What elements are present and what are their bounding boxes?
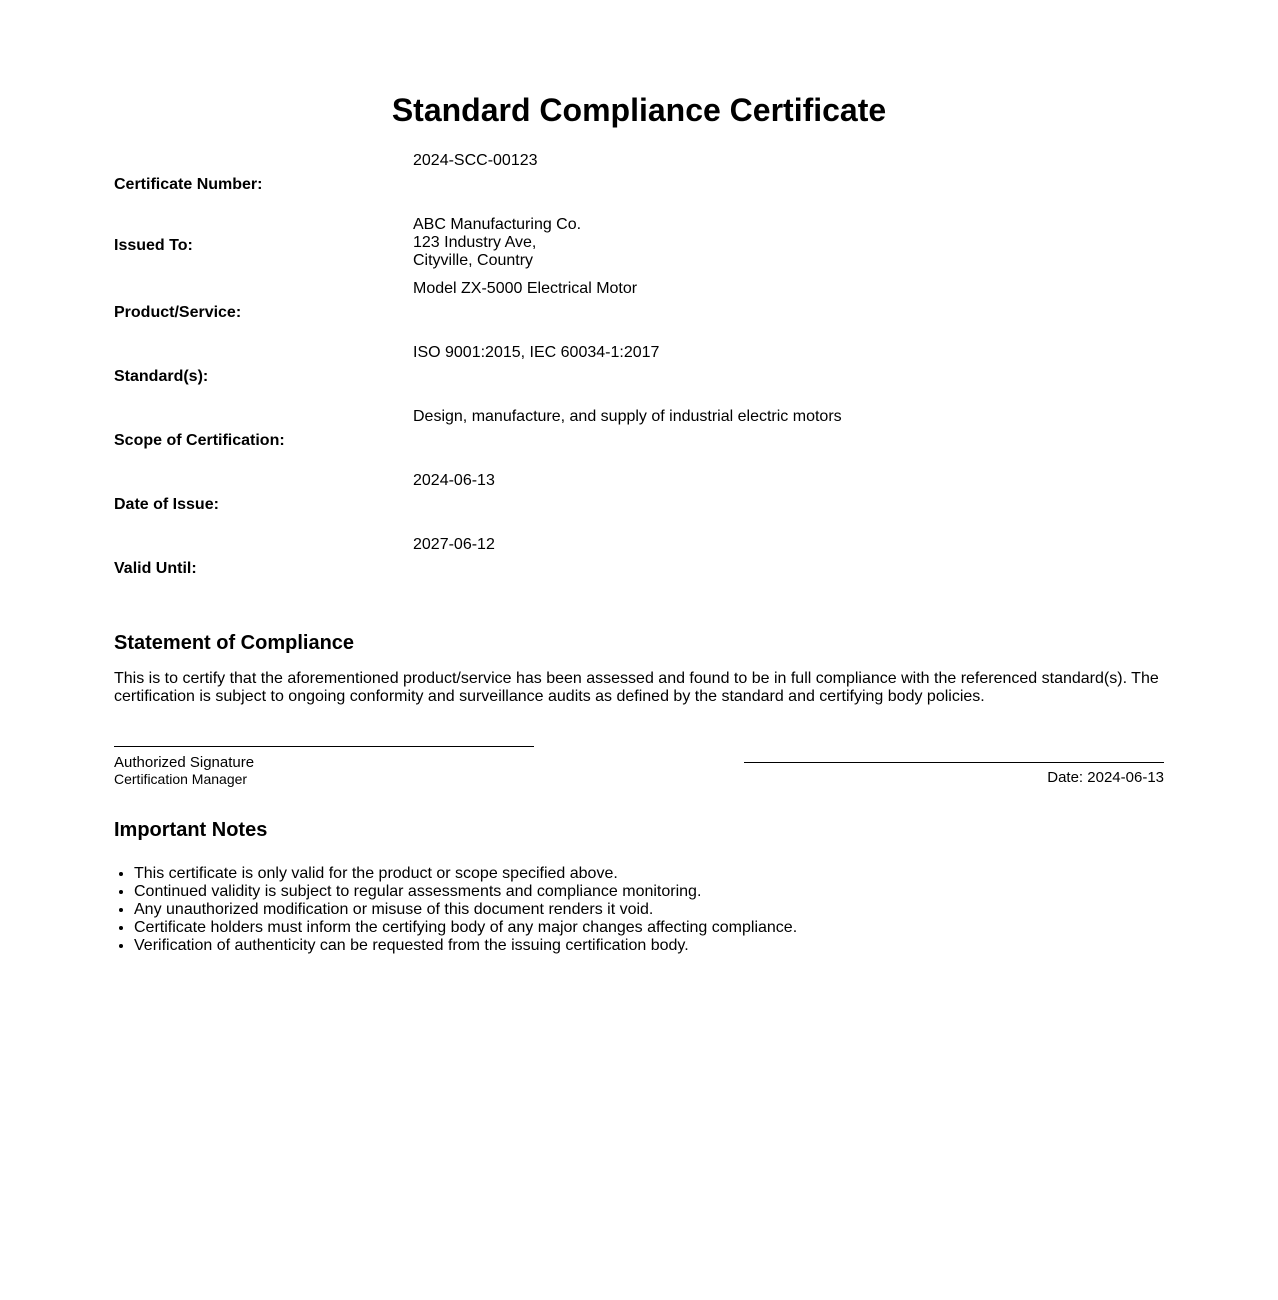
signature-role: Certification Manager <box>114 771 534 787</box>
detail-row-standards: Standard(s): ISO 9001:2015, IEC 60034-1:… <box>114 342 1164 406</box>
detail-row-scope: Scope of Certification: Design, manufact… <box>114 406 1164 470</box>
certificate-details-table: Certificate Number: 2024-SCC-00123 Issue… <box>114 150 1164 598</box>
date-block: Date: 2024-06-13 <box>744 762 1164 786</box>
list-item: Certificate holders must inform the cert… <box>134 919 1134 937</box>
list-item: Verification of authenticity can be requ… <box>134 937 1134 955</box>
detail-label: Issued To: <box>114 214 413 278</box>
detail-row-certificate-number: Certificate Number: 2024-SCC-00123 <box>114 150 1164 214</box>
detail-row-issued-to: Issued To: ABC Manufacturing Co. 123 Ind… <box>114 214 1164 278</box>
detail-value: Design, manufacture, and supply of indus… <box>413 406 1164 470</box>
signature-line <box>114 746 534 747</box>
detail-value: 2027-06-12 <box>413 534 1164 598</box>
standards-value: ISO 9001:2015, IEC 60034-1:2017 <box>413 344 1164 362</box>
certificate-number-value: 2024-SCC-00123 <box>413 152 1164 170</box>
date-line <box>744 762 1164 763</box>
detail-value: ISO 9001:2015, IEC 60034-1:2017 <box>413 342 1164 406</box>
signature-date: Date: 2024-06-13 <box>744 770 1164 786</box>
detail-row-valid-until: Valid Until: 2027-06-12 <box>114 534 1164 598</box>
list-item: This certificate is only valid for the p… <box>134 865 1134 883</box>
list-item: Continued validity is subject to regular… <box>134 883 1134 901</box>
notes-heading: Important Notes <box>114 818 267 842</box>
signature-label: Authorized Signature <box>114 755 534 771</box>
issued-to-address-line: 123 Industry Ave, <box>413 234 1164 252</box>
detail-label: Standard(s): <box>114 342 413 406</box>
detail-label: Certificate Number: <box>114 150 413 214</box>
page-title: Standard Compliance Certificate <box>114 90 1164 130</box>
detail-label: Valid Until: <box>114 534 413 598</box>
detail-label: Scope of Certification: <box>114 406 413 470</box>
detail-label: Date of Issue: <box>114 470 413 534</box>
date-of-issue-value: 2024-06-13 <box>413 472 1164 490</box>
detail-row-product-service: Product/Service: Model ZX-5000 Electrica… <box>114 278 1164 342</box>
detail-value: Model ZX-5000 Electrical Motor <box>413 278 1164 342</box>
product-service-value: Model ZX-5000 Electrical Motor <box>413 280 1164 298</box>
statement-text: This is to certify that the aforemention… <box>114 670 1164 706</box>
scope-value: Design, manufacture, and supply of indus… <box>413 408 1164 426</box>
detail-row-date-of-issue: Date of Issue: 2024-06-13 <box>114 470 1164 534</box>
detail-value: 2024-SCC-00123 <box>413 150 1164 214</box>
issued-to-name: ABC Manufacturing Co. <box>413 216 1164 234</box>
detail-value: 2024-06-13 <box>413 470 1164 534</box>
notes-list: This certificate is only valid for the p… <box>114 865 1134 955</box>
valid-until-value: 2027-06-12 <box>413 536 1164 554</box>
issued-to-city-line: Cityville, Country <box>413 252 1164 270</box>
signature-block: Authorized Signature Certification Manag… <box>114 746 534 787</box>
list-item: Any unauthorized modification or misuse … <box>134 901 1134 919</box>
detail-value: ABC Manufacturing Co. 123 Industry Ave, … <box>413 214 1164 278</box>
detail-label: Product/Service: <box>114 278 413 342</box>
statement-heading: Statement of Compliance <box>114 631 354 655</box>
